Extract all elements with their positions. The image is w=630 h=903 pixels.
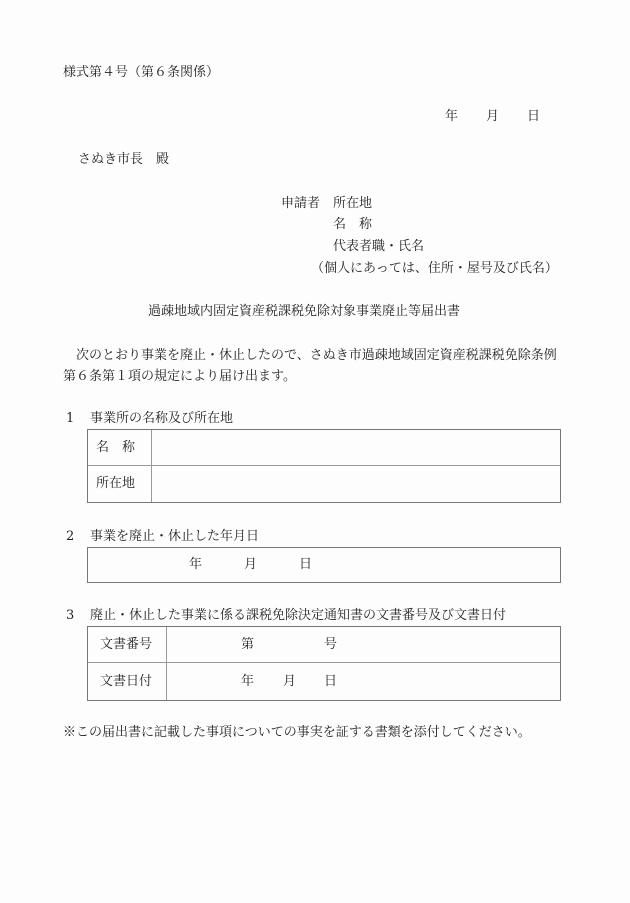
office-name-field[interactable]	[153, 431, 557, 464]
doc-date-year: 年	[241, 674, 254, 690]
closure-day: 日	[299, 557, 312, 573]
section2-heading: 事業を廃止・休止した年月日	[90, 529, 259, 545]
applicant-label: 申請者	[281, 196, 320, 212]
doc-date-field[interactable]: 年 月 日	[168, 664, 558, 698]
office-address-label: 所在地	[96, 476, 135, 492]
date-year: 年	[445, 109, 458, 125]
date-day: 日	[527, 109, 540, 125]
section1-number: 1	[66, 411, 74, 427]
addressee: さぬき市長 殿	[78, 152, 169, 168]
section3-heading: 廃止・休止した事業に係る課税免除決定通知書の文書番号及び文書日付	[90, 608, 506, 624]
form-number: 様式第４号（第６条関係）	[63, 65, 219, 81]
section2-number: 2	[66, 529, 74, 545]
doc-date-month: 月	[283, 674, 296, 690]
doc-number-suffix: 号	[324, 637, 337, 653]
applicant-note: （個人にあっては、住所・屋号及び氏名）	[311, 261, 558, 277]
office-table: 名 称 所在地	[87, 429, 561, 503]
doc-number-label: 文書番号	[100, 637, 152, 653]
office-name-label: 名 称	[96, 440, 135, 456]
applicant-address-label: 所在地	[333, 196, 372, 212]
doc-date-label: 文書日付	[100, 674, 152, 690]
doc-date-day: 日	[324, 674, 337, 690]
closure-month: 月	[244, 557, 257, 573]
closure-date-field[interactable]: 年 月 日	[87, 547, 561, 583]
applicant-representative-label: 代表者職・氏名	[333, 239, 424, 255]
closure-year: 年	[189, 557, 202, 573]
office-address-field[interactable]	[153, 467, 557, 500]
body-line-2: 第６条第１項の規定により届け出ます。	[63, 369, 296, 385]
doc-number-prefix: 第	[241, 637, 254, 653]
section3-number: 3	[66, 608, 74, 624]
date-month: 月	[486, 109, 499, 125]
doc-number-field[interactable]: 第 号	[168, 628, 558, 661]
notice-table: 文書番号 第 号 文書日付 年 月 日	[87, 626, 561, 701]
document-title: 過疎地域内固定資産税課税免除対象事業廃止等届出書	[148, 304, 460, 320]
footnote: ※この届出書に記載した事項についての事実を証する書類を添付してください。	[63, 725, 531, 741]
applicant-name-label: 名 称	[333, 217, 372, 233]
section1-heading: 事業所の名称及び所在地	[90, 411, 233, 427]
body-line-1: 次のとおり事業を廃止・休止したので、さぬき市過疎地域固定資産税課税免除条例	[63, 348, 557, 364]
